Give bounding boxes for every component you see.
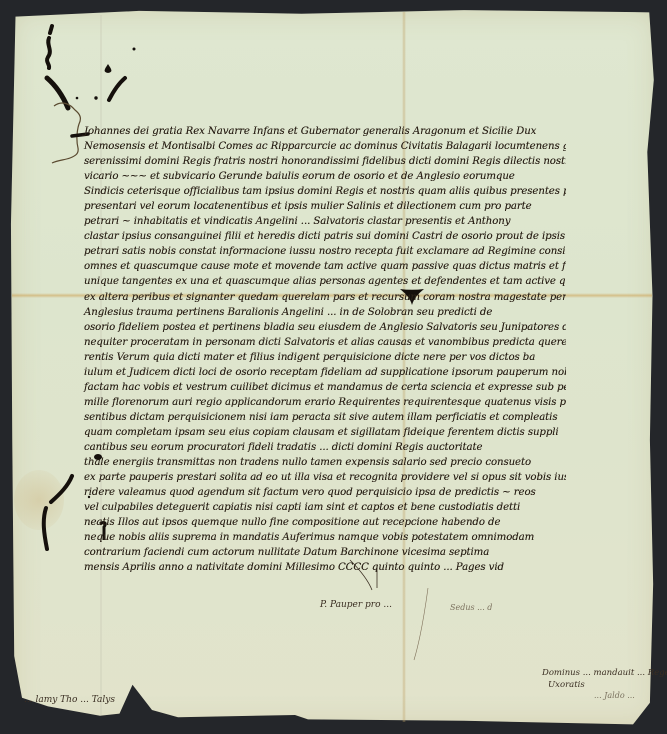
text-line: vicario ~~~ et subvicario Gerunde baiuli… [66, 169, 566, 184]
signature-bottom-left: ... lamy Tho ... Talys [24, 695, 115, 705]
ink-mark-icon [47, 26, 52, 68]
text-line: Sindicis ceterisque officialibus tam ips… [66, 184, 566, 199]
text-line: sentibus dictam perquisicionem nisi iam … [66, 410, 566, 425]
notation-center-left: P. Pauper pro ... [320, 600, 392, 610]
text-line: quam completam ipsam seu eius copiam cla… [66, 425, 566, 440]
text-line: serenissimi domini Regis fratris nostri … [66, 154, 566, 169]
text-line: neatis Illos aut ipsos quemque nullo fin… [66, 515, 566, 530]
text-line: ridere valeamus quod agendum sit factum … [66, 485, 566, 500]
text-line: iulum et Judicem dicti loci de osorio re… [66, 365, 566, 380]
signature-bottom-right-line1: Dominus ... mandauit ... Regens et [542, 668, 667, 678]
letter-body: Johannes dei gratia Rex Navarre Infans e… [66, 124, 566, 575]
text-line: contrarium faciendi cum actorum nullitat… [66, 545, 566, 560]
text-line: Anglesius trauma pertinens Baralionis An… [66, 305, 566, 320]
text-line: factam hac vobis et vestrum cuilibet dic… [66, 380, 566, 395]
text-line: ex altera peribus et signanter quedam qu… [66, 290, 566, 305]
text-line: Nemosensis et Montisalbi Comes ac Rippar… [66, 139, 566, 154]
signature-bottom-right-line2: Uxoratis [548, 680, 585, 690]
text-line: neque nobis aliis suprema in mandatis Au… [66, 530, 566, 545]
text-line: mensis Aprilis anno a nativitate domini … [66, 560, 566, 575]
text-line: clastar ipsius consanguinei filii et her… [66, 229, 566, 244]
text-line: petrari ~ inhabitatis et vindicatis Ange… [66, 214, 566, 229]
text-line: omnes et quascumque cause mote et movend… [66, 259, 566, 274]
text-line: presentari vel eorum locatenentibus et i… [66, 199, 566, 214]
text-line: ex parte pauperis prestari solita ad eo … [66, 470, 566, 485]
paper-tear-line [414, 588, 428, 660]
notation-center-right: Sedus ... d [450, 603, 492, 612]
signature-bottom-right-line3: ... Jaldo ... [594, 691, 635, 700]
initial-stroke-right-icon [109, 78, 125, 100]
text-line: Johannes dei gratia Rex Navarre Infans e… [66, 124, 566, 139]
text-line: nequiter proceratam in personam dicti Sa… [66, 335, 566, 350]
text-line: unique tangentes ex una et quascumque al… [66, 274, 566, 289]
text-line: petrari satis nobis constat informacione… [66, 244, 566, 259]
text-line: rentis Verum quia dicti mater et filius … [66, 350, 566, 365]
text-line: osorio fideliem postea et pertinens blad… [66, 320, 566, 335]
text-line: thale energiis transmittas non tradens n… [66, 455, 566, 470]
text-line: vel culpabiles deteguerit capiatis nisi … [66, 500, 566, 515]
text-line: mille florenorum auri regio applicandoru… [66, 395, 566, 410]
ink-drop-icon [105, 64, 112, 73]
text-line: cantibus seu eorum procuratori fideli tr… [66, 440, 566, 455]
